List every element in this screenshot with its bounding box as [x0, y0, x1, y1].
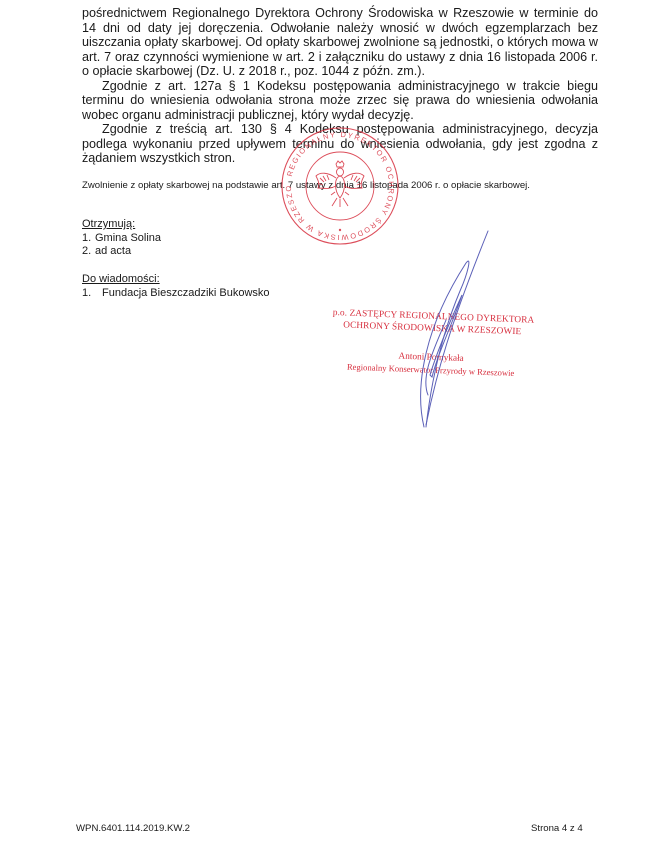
recipient-label: Gmina Solina [95, 232, 161, 246]
signatory-stamp: p.o. ZASTĘPCY REGIONALNEGO DYREKTORA OCH… [331, 307, 533, 380]
for-information-list: Do wiadomości: 1. Fundacja Bieszczadziki… [82, 273, 270, 300]
document-page: pośrednictwem Regionalnego Dyrektora Och… [0, 0, 665, 843]
waiver-paragraph: Zgodnie z art. 127a § 1 Kodeksu postępow… [82, 79, 598, 123]
recipients-list: Otrzymują: 1. Gmina Solina 2. ad acta [82, 218, 161, 259]
for-information-heading: Do wiadomości: [82, 273, 270, 287]
list-number: 1. [82, 232, 95, 246]
recipient-label: ad acta [95, 245, 131, 259]
list-number: 2. [82, 245, 95, 259]
eagle-seal-icon: REGIONALNY DYREKTOR OCHRONY ŚRODOWISKA W… [280, 126, 400, 246]
list-item: 1. Gmina Solina [82, 232, 161, 246]
page-number: Strona 4 z 4 [531, 823, 583, 834]
list-number: 1. [82, 287, 102, 301]
recipients-heading: Otrzymują: [82, 218, 161, 232]
info-recipient-label: Fundacja Bieszczadziki Bukowsko [102, 287, 270, 301]
list-item: 2. ad acta [82, 245, 161, 259]
appeal-paragraph: pośrednictwem Regionalnego Dyrektora Och… [82, 6, 598, 79]
case-reference-number: WPN.6401.114.2019.KW.2 [76, 823, 190, 834]
list-item: 1. Fundacja Bieszczadziki Bukowsko [82, 287, 270, 301]
official-seal: REGIONALNY DYREKTOR OCHRONY ŚRODOWISKA W… [280, 126, 400, 246]
